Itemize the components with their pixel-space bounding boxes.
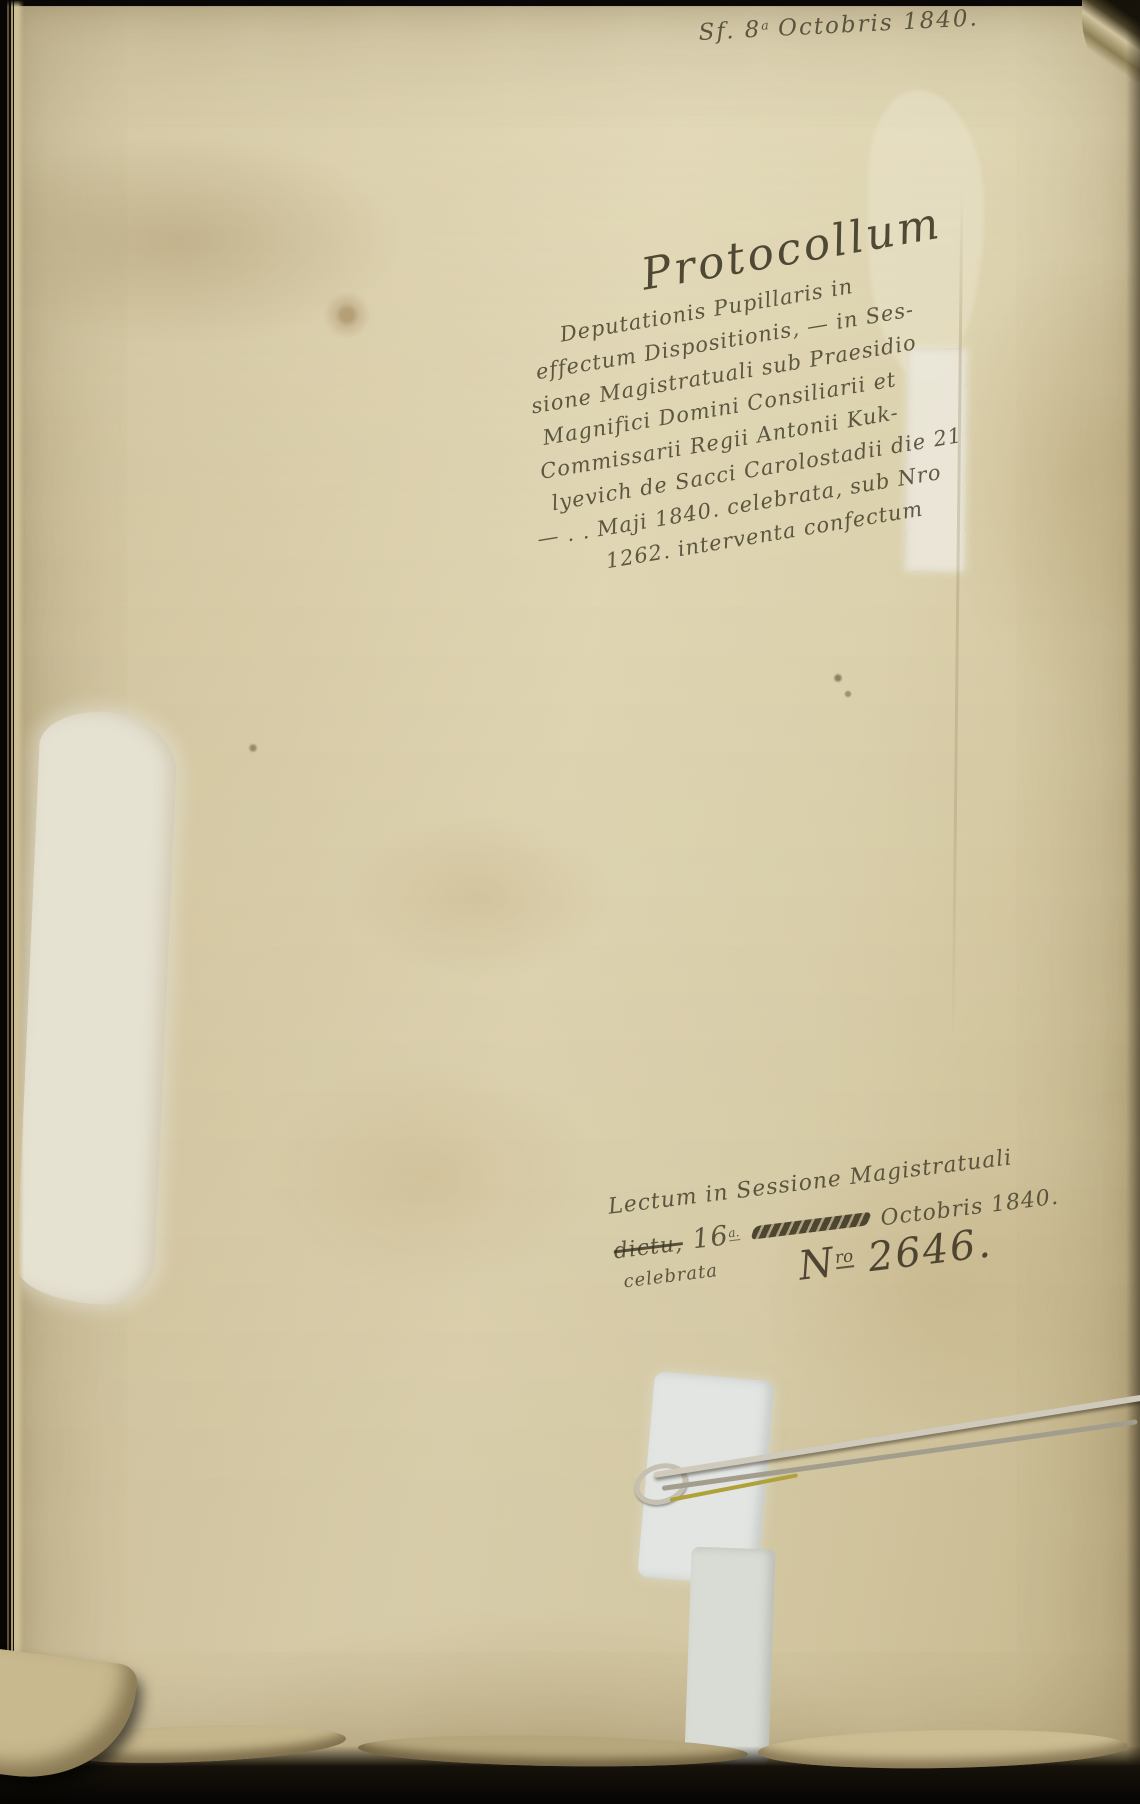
underlying-page-strip bbox=[684, 1547, 775, 1766]
torn-lighter-patch bbox=[15, 709, 179, 1306]
registry-number-letter: N bbox=[796, 1239, 838, 1289]
thread-strand bbox=[662, 1419, 1138, 1491]
registry-number-superscript: ro bbox=[834, 1245, 855, 1269]
session-day: 16 bbox=[691, 1220, 731, 1255]
book-binding-edge bbox=[0, 0, 30, 1804]
thread-strand bbox=[654, 1393, 1140, 1478]
binding-thread bbox=[636, 1386, 1140, 1546]
page-bottom-edges bbox=[0, 1746, 1140, 1804]
scan-top-edge bbox=[0, 0, 1140, 7]
session-day-superscript: a. bbox=[727, 1225, 740, 1241]
struck-word: dictu, bbox=[612, 1231, 684, 1264]
scribbled-out-word bbox=[750, 1211, 871, 1239]
filing-annotation-text: Sf. 8 bbox=[698, 17, 762, 46]
scanned-page: Sf. 8a Octobris 1840. Protocollum Deputa… bbox=[0, 0, 1140, 1804]
filing-annotation-date: Octobris 1840. bbox=[768, 5, 979, 42]
curled-corner-bottom-left bbox=[0, 1647, 139, 1790]
